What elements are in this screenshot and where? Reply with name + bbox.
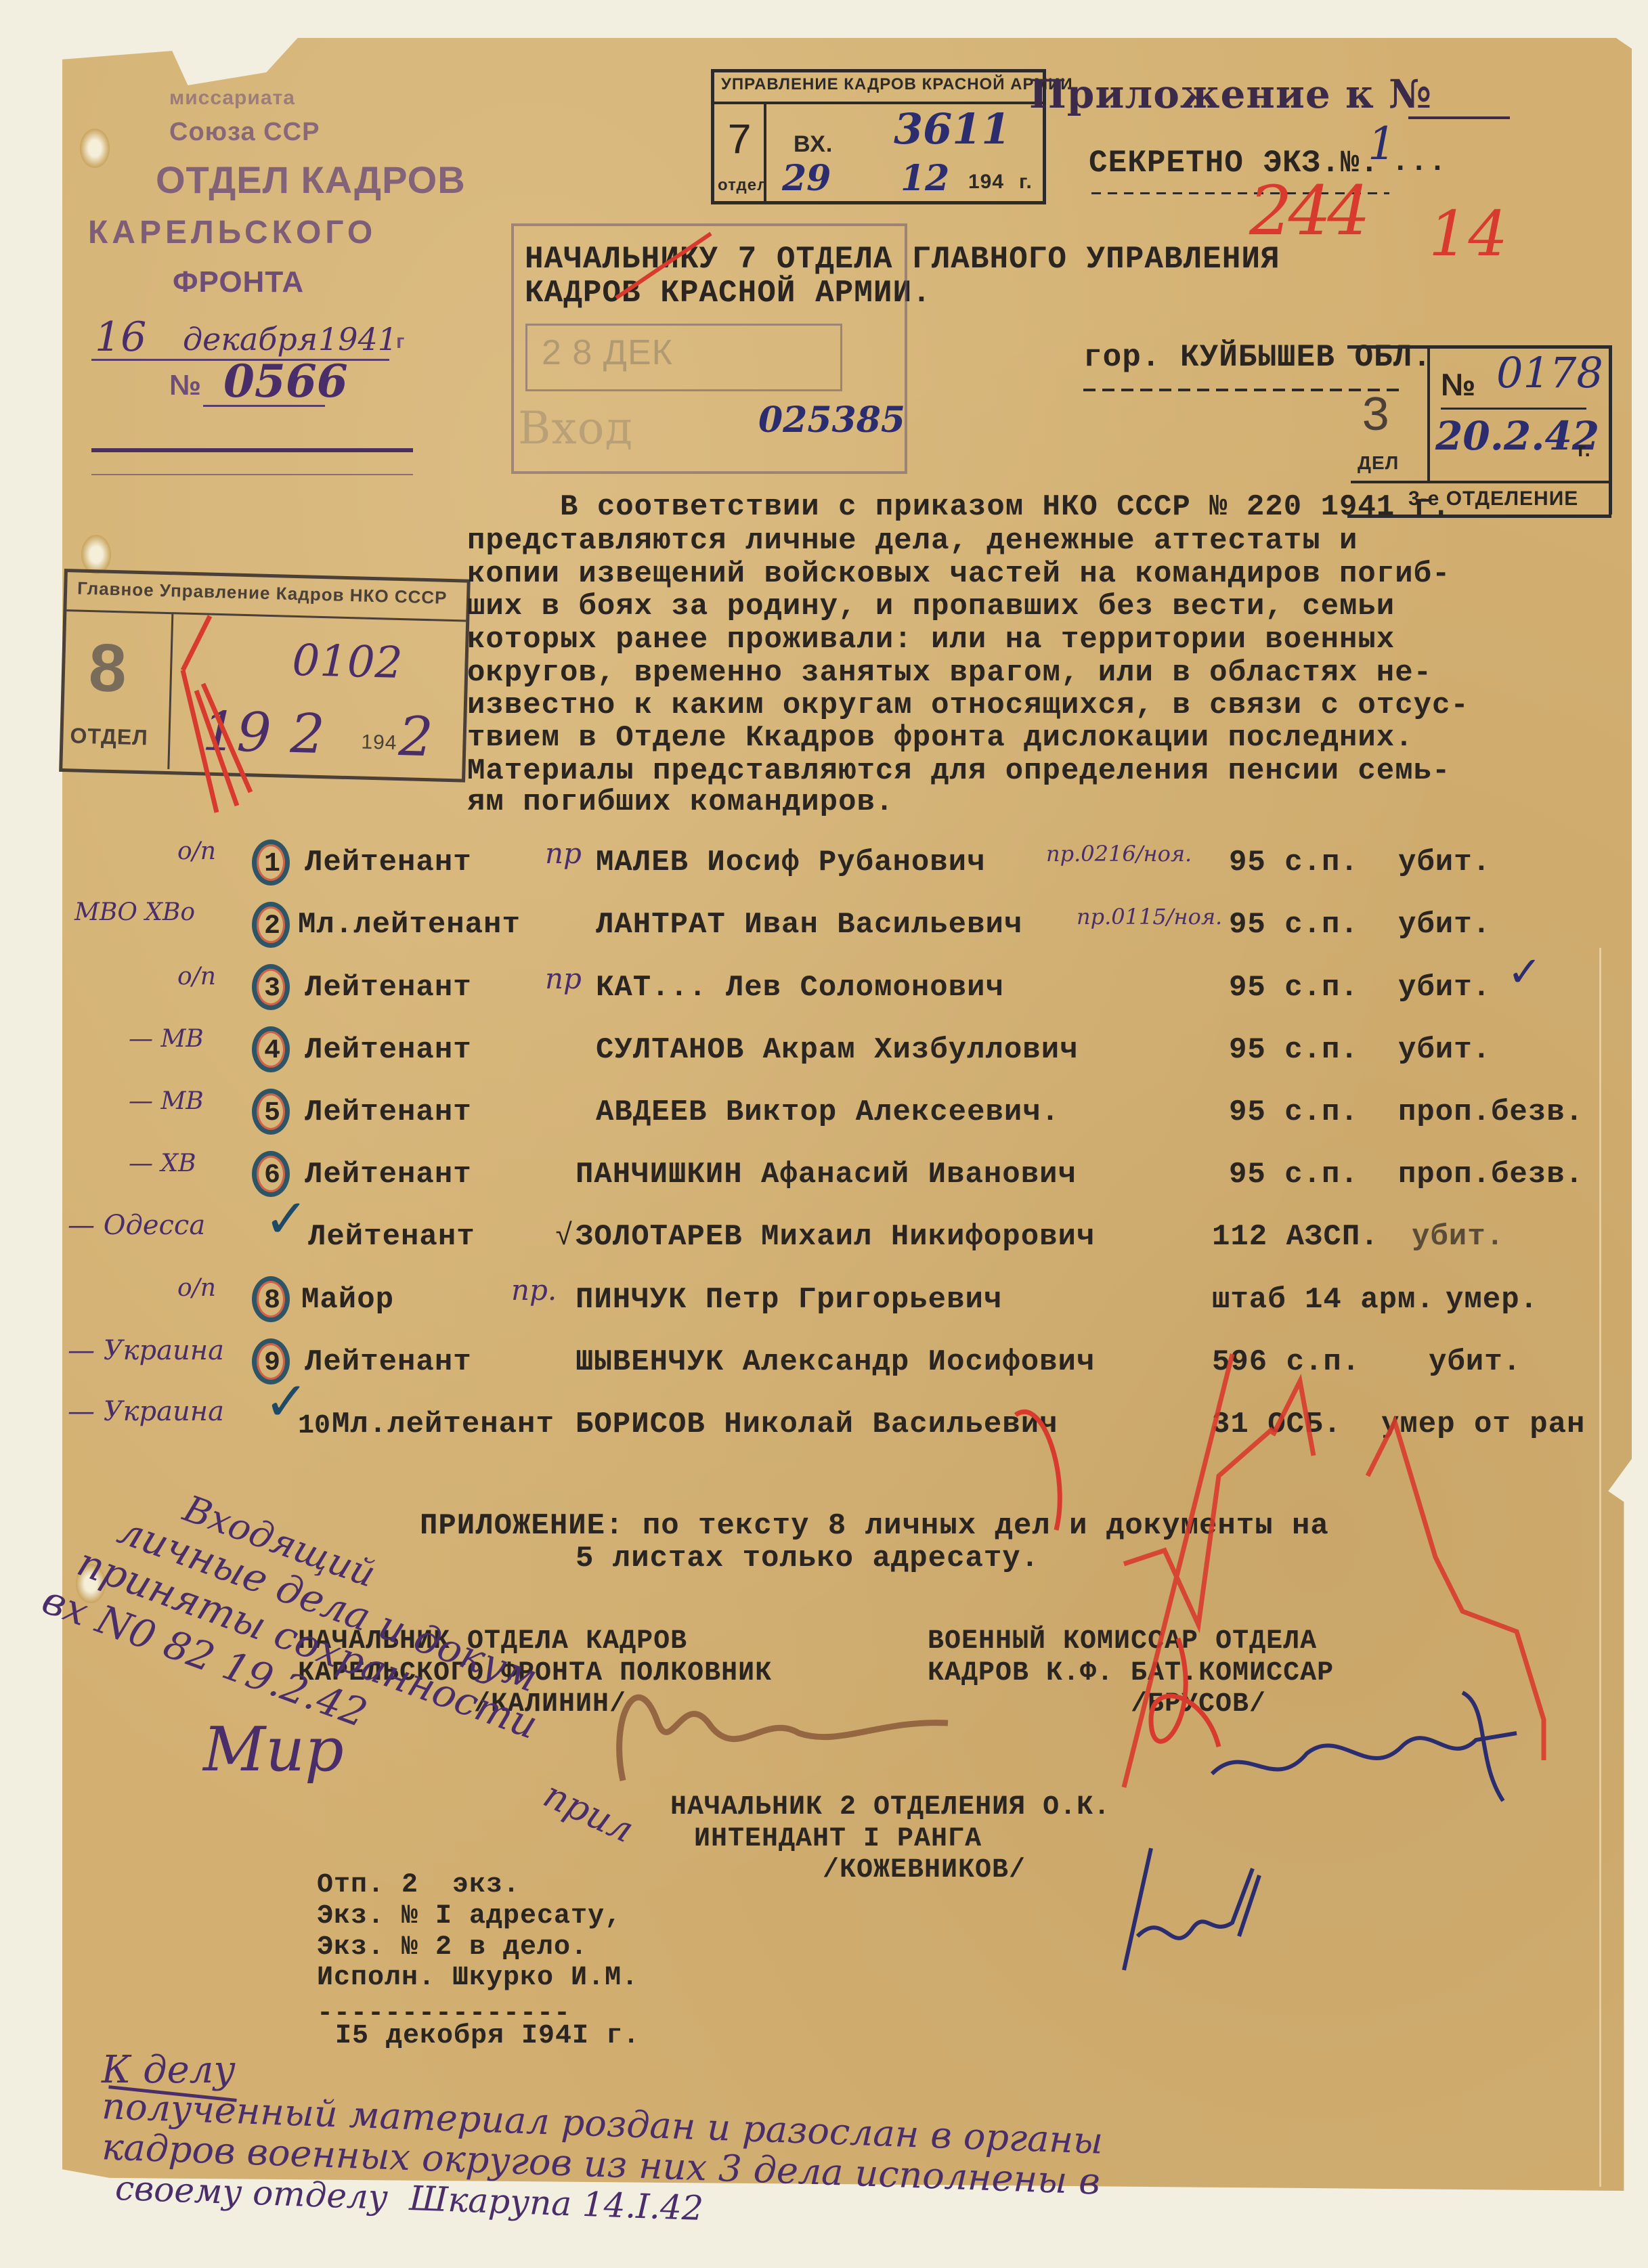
officer-unit: 112 АЗСП. [1212, 1222, 1379, 1252]
stamp-8-label: ОТДЕЛ [70, 724, 148, 748]
order-note: пр.0216/ноя. [1046, 843, 1192, 865]
right-stamp-dept-label: ДЕЛ [1358, 454, 1399, 473]
handwritten-initials: Мир [203, 1720, 344, 1781]
stamp-number-value: 0566 [223, 359, 348, 404]
stamp-line-4: КАРЕЛЬСКОГО [88, 217, 376, 249]
appendix-to-number-label: Приложение к № [1029, 74, 1432, 114]
body-line: ших в боях за родину, и пропавших без ве… [467, 592, 1395, 621]
right-stamp-date-suffix: г. [1578, 440, 1591, 460]
officer-name: СУЛТАНОВ Акрам Хизбуллович [596, 1035, 1079, 1065]
body-line: представляются личные дела, денежные атт… [467, 526, 1358, 556]
officer-status: убит. [1398, 973, 1491, 1003]
row-number: 5 [264, 1098, 280, 1129]
body-line: ям погибших командиров. [467, 787, 894, 817]
officer-status: убит. [1398, 848, 1491, 877]
margin-note: МВО ХВо [74, 900, 195, 925]
officer-name: КАТ... Лев Соломонович [596, 973, 1004, 1003]
officer-name: БОРИСОВ Николай Васильевич [576, 1410, 1058, 1439]
margin-note: о/п [177, 965, 216, 989]
officer-unit: 95 с.п. [1229, 973, 1359, 1003]
officer-name: ЗОЛОТАРЕВ Михаил Никифорович [576, 1222, 1095, 1252]
stamp-8-reg-number: 0102 [292, 639, 403, 685]
stamp-number-label: № [169, 371, 202, 399]
row-number: 6 [264, 1160, 280, 1191]
checkmark-icon: ✓ [267, 1192, 304, 1252]
officer-rank: Мл.лейтенант [332, 1410, 555, 1439]
officer-rank: Майор [301, 1285, 394, 1315]
officer-unit: 95 с.п. [1229, 848, 1359, 877]
distribution-line: Экз. № 2 в дело. [317, 1934, 588, 1961]
punch-hole [81, 535, 111, 574]
body-line: твием в Отделе Ккадров фронта дислокации… [467, 723, 1414, 753]
officer-unit: 95 с.п. [1229, 1097, 1359, 1127]
stamp-line-5: ФРОНТА [173, 267, 304, 297]
officer-unit: 95 с.п. [1229, 1035, 1359, 1065]
stamp-dept-number: 7 [727, 121, 753, 164]
officer-status: умер. [1446, 1285, 1538, 1315]
signer-bottom-name: /КОЖЕВНИКОВ/ [823, 1857, 1026, 1884]
stamp-date-day: 16 [95, 317, 146, 357]
stamp-8-date-month: 2 [290, 707, 326, 762]
officer-unit: 95 с.п. [1229, 1160, 1359, 1190]
row-number: 4 [264, 1036, 280, 1066]
signature-kalinin [596, 1638, 989, 1814]
secret-copy-dots: ... [1391, 148, 1447, 177]
officer-status: проп.безв. [1398, 1097, 1584, 1127]
margin-note: — ХВ [129, 1152, 196, 1176]
officer-name: ПАНЧИШКИН Афанасий Иванович [576, 1160, 1077, 1190]
officer-rank: Лейтенант [305, 1035, 472, 1065]
stamp-date-year: 1941 [318, 324, 397, 355]
margin-note: о/п [177, 839, 216, 864]
officer-name: МАЛЕВ Иосиф Рубанович [596, 848, 986, 877]
checkmark-icon: ✓ [1510, 951, 1538, 999]
officer-name: АВДЕЕВ Виктор Алексеевич. [596, 1097, 1060, 1127]
row-number: 3 [264, 974, 280, 1004]
officer-rank: Лейтенант [308, 1222, 475, 1252]
row-number: 2 [264, 911, 280, 942]
stamp-incoming-number: 3611 [894, 108, 1011, 150]
incoming-number: 025385 [758, 403, 905, 438]
officer-status: убит. [1412, 1222, 1504, 1252]
row-number: 1 [264, 849, 280, 879]
distribution-line: Экз. № I адресату, [317, 1903, 622, 1930]
stamp-incoming-label: ВХ. [794, 133, 833, 156]
body-line: известно к каким округам относящихся, в … [467, 691, 1469, 720]
stamp-date-month: декабря [183, 324, 318, 355]
stamp-8-year-prefix: 194 [361, 733, 397, 754]
order-note: пр.0115/ноя. [1077, 906, 1222, 928]
right-stamp-number-value: 0178 [1496, 352, 1603, 394]
stamp-date-suffix: г. [1019, 172, 1033, 192]
red-pencil-mark-left [162, 609, 271, 826]
stamp-line-2: Союза ССР [169, 119, 320, 145]
margin-note: — Одесса [68, 1212, 205, 1239]
officer-name: ЛАНТРАТ Иван Васильевич [596, 910, 1022, 940]
officer-name: ПИНЧУК Петр Григорьевич [576, 1285, 1002, 1315]
signer-bottom-title-2: ИНТЕНДАНТ I РАНГА [694, 1826, 982, 1853]
officer-rank: Лейтенант [305, 1097, 472, 1127]
bottom-note-heading: К делу [102, 2051, 236, 2089]
distribution-line: Отп. 2 экз. [317, 1872, 520, 1899]
mid-note: пр. [511, 1276, 557, 1305]
row-number: 10 [298, 1411, 330, 1441]
document-date: I5 декобря I94I г. [335, 2023, 640, 2050]
right-stamp-dept-number: 3 [1361, 393, 1391, 441]
mid-note: пр [545, 839, 582, 868]
margin-note: — Украина [68, 1337, 224, 1364]
mid-note: √ [555, 1222, 573, 1252]
stamp-date-year: 194 [968, 172, 1004, 192]
stamp-line-3: ОТДЕЛ КАДРОВ [156, 161, 466, 199]
officer-status: проп.безв. [1398, 1160, 1584, 1190]
stamp-date-day: 29 [782, 161, 831, 196]
body-line: Материалы представляются для определения… [467, 756, 1450, 786]
officer-rank: Лейтенант [305, 1347, 472, 1377]
incoming-date: 2 8 ДЕК [542, 335, 673, 370]
officer-rank: Лейтенант [305, 973, 472, 1003]
officer-rank: Лейтенант [305, 1160, 472, 1190]
city-dashed-line [1083, 389, 1402, 391]
body-line: округов, временно занятых врагом, или в … [467, 658, 1432, 688]
mid-note: пр [545, 965, 582, 993]
stamp-line-1: миссариата [169, 88, 295, 108]
officer-rank: Мл.лейтенант [298, 910, 521, 940]
appendix-number-blank [1408, 116, 1510, 119]
stamp-date-suffix: г [396, 332, 406, 352]
red-resolution-scribble [989, 1340, 1544, 1814]
margin-note: — МВ [129, 1089, 204, 1114]
body-line: В соответствии с приказом НКО СССР № 220… [467, 492, 1450, 522]
officer-unit: 95 с.п. [1229, 910, 1359, 940]
right-stamp-number-label: № [1441, 369, 1476, 400]
margin-note: — Украина [68, 1398, 224, 1425]
appendix-line-2: 5 листах только адресату. [576, 1544, 1039, 1573]
stamp-heading: УПРАВЛЕНИЕ КАДРОВ КРАСНОЙ АРМИИ [721, 77, 1073, 93]
right-stamp-date: 20.2.42 [1435, 416, 1599, 456]
stamp-8-number: 8 [88, 634, 128, 702]
row-number: 8 [264, 1286, 280, 1316]
officer-rank: Лейтенант [305, 848, 472, 877]
body-line: которых ранее проживали: или на территор… [467, 625, 1395, 655]
signature-kozhevnikov [1097, 1828, 1273, 1977]
stamp-dept-label: отдел [718, 177, 768, 194]
margin-note: о/п [177, 1276, 216, 1301]
punch-hole [80, 129, 110, 168]
distribution-line: Исполн. Шкурко И.М. [317, 1965, 638, 1992]
incoming-label: Вход [518, 406, 633, 451]
red-registry-number-2: 14 [1429, 203, 1508, 265]
body-line: копии извещений войсковых частей на кома… [467, 559, 1450, 589]
stamp-date-month: 12 [901, 161, 949, 196]
paper-fold-line [1599, 948, 1601, 2187]
red-registry-number: 244 [1249, 177, 1366, 245]
margin-note: — МВ [129, 1027, 204, 1051]
officer-unit: штаб 14 арм. [1212, 1285, 1435, 1315]
officer-status: убит. [1398, 1035, 1491, 1065]
stamp-8-year-suffix: 2 [398, 710, 434, 764]
officer-status: убит. [1398, 910, 1491, 940]
